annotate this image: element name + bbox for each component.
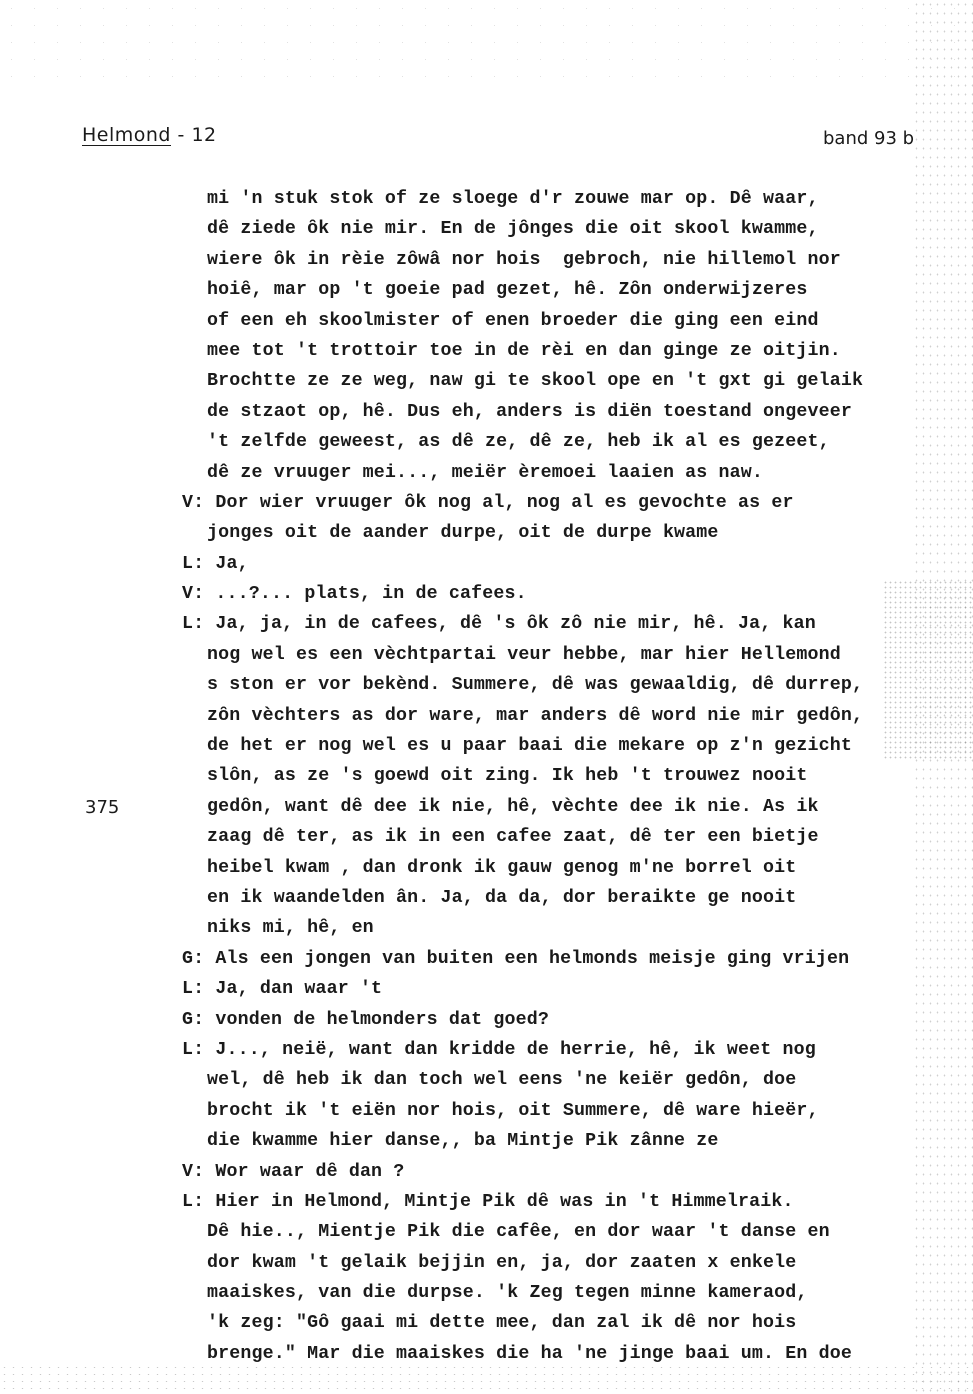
line-text: ...?... plats, in de cafees. [215,584,526,604]
line-text: J..., neië, want dan kridde de herrie, h… [215,1040,816,1060]
speaker-label: V: [182,493,204,513]
line-text: nog wel es een vèchtpartai veur hebbe, m… [207,645,841,665]
line-text: niks mi, hȇ, en [207,918,374,938]
transcript-line: de stzaot op, hȇ. Dus eh, anders is diën… [182,397,942,427]
transcript-line: die kwamme hier danse,, ba Mintje Pik zâ… [182,1126,942,1156]
header-separator: - [171,124,191,146]
speaker-label: L: [182,554,204,574]
speaker-label: L: [182,1040,204,1060]
line-text: 't zelfde geweest, as dȇ ze, dê ze, heb … [207,432,830,452]
line-text: Ja, dan waar 't [215,979,382,999]
line-text: brocht ik 't eiën nor hois, oit Summere,… [207,1101,819,1121]
transcript-line: dor kwam 't gelaik bejjin en, ja, dor za… [182,1248,942,1278]
page-header-left: Helmond - 12 [82,124,217,146]
speaker-turn-line: L: Ja, [182,549,942,579]
transcript-line: s ston er vor bekènd. Summere, dȇ was ge… [182,670,942,700]
transcript-line: brenge." Mar die maaiskes die ha 'ne jin… [182,1339,942,1369]
line-text: of een eh skoolmister of enen broeder di… [207,311,819,331]
line-text: mi 'n stuk stok of ze sloege d'r zouwe m… [207,189,819,209]
line-text: Hier in Helmond, Mintje Pik dȇ was in 't… [215,1192,793,1212]
line-text: 'k zeg: "Gȏ gaai mi dette mee, dan zal i… [207,1313,796,1333]
speaker-label: L: [182,1192,204,1212]
line-text: maaiskes, van die durpse. 'k Zeg tegen m… [207,1283,808,1303]
transcript-line: wiere ȏk in rèie zȏwâ nor hois gebroch, … [182,245,942,275]
transcript-body: mi 'n stuk stok of ze sloege d'r zouwe m… [182,184,942,1369]
speaker-label: V: [182,1162,204,1182]
line-text: brenge." Mar die maaiskes die ha 'ne jin… [207,1344,852,1364]
line-text: s ston er vor bekènd. Summere, dȇ was ge… [207,675,863,695]
line-text: zaag dê ter, as ik in een cafee zaat, dȇ… [207,827,819,847]
line-text: Dȇ hie.., Mientje Pik die cafȇe, en dor … [207,1222,830,1242]
transcript-line: slȏn, as ze 's goewd oit zing. Ik heb 't… [182,761,942,791]
speaker-turn-line: V: Dor wier vruuger ȏk nog al, nog al es… [182,488,942,518]
transcript-line: de het er nog wel es u paar baai die mek… [182,731,942,761]
line-text: die kwamme hier danse,, ba Mintje Pik zâ… [207,1131,719,1151]
transcript-line: dȇ ziede ȏk nie mir. En de jȏnges die oi… [182,214,942,244]
margin-line-counter: 375 [85,797,119,818]
transcript-line: niks mi, hȇ, en [182,913,942,943]
speaker-turn-line: L: Hier in Helmond, Mintje Pik dȇ was in… [182,1187,942,1217]
line-text: Als een jongen van buiten een helmonds m… [215,949,849,969]
transcript-line: en ik waandelden ân. Ja, da da, dor bera… [182,883,942,913]
line-text: de het er nog wel es u paar baai die mek… [207,736,852,756]
line-text: dê ze vruuger mei..., meiër èremoei laai… [207,463,763,483]
line-text: de stzaot op, hȇ. Dus eh, anders is diën… [207,402,852,422]
line-text: heibel kwam , dan dronk ik gauw genog m'… [207,858,796,878]
line-text: Brochtte ze ze weg, naw gi te skool ope … [207,371,863,391]
line-text: wiere ȏk in rèie zȏwâ nor hois gebroch, … [207,250,841,270]
speaker-turn-line: V: ...?... plats, in de cafees. [182,579,942,609]
line-text: Ja, [215,554,248,574]
speaker-label: G: [182,1010,204,1030]
transcript-line: mee tot 't trottoir toe in de rèi en dan… [182,336,942,366]
transcript-line: heibel kwam , dan dronk ik gauw genog m'… [182,853,942,883]
line-text: wel, dȇ heb ik dan toch wel eens 'ne kei… [207,1070,796,1090]
transcript-line: 'k zeg: "Gȏ gaai mi dette mee, dan zal i… [182,1308,942,1338]
transcript-line: Brochtte ze ze weg, naw gi te skool ope … [182,366,942,396]
line-text: vonden de helmonders dat goed? [215,1010,549,1030]
transcript-line: dê ze vruuger mei..., meiër èremoei laai… [182,458,942,488]
speaker-turn-line: L: J..., neië, want dan kridde de herrie… [182,1035,942,1065]
line-text: slȏn, as ze 's goewd oit zing. Ik heb 't… [207,766,808,786]
speaker-label: V: [182,584,204,604]
page-number: 12 [191,124,216,146]
scan-noise-top [0,0,973,90]
transcript-line: jonges oit de aander durpe, oit de durpe… [182,518,942,548]
speaker-turn-line: G: vonden de helmonders dat goed? [182,1005,942,1035]
speaker-label: L: [182,614,204,634]
transcript-line: of een eh skoolmister of enen broeder di… [182,306,942,336]
speaker-turn-line: V: Wor waar dȇ dan ? [182,1157,942,1187]
transcript-line: wel, dȇ heb ik dan toch wel eens 'ne kei… [182,1065,942,1095]
transcript-line: mi 'n stuk stok of ze sloege d'r zouwe m… [182,184,942,214]
speaker-turn-line: L: Ja, dan waar 't [182,974,942,1004]
transcript-line: hoiȇ, mar op 't goeie pad gezet, hê. Zȏn… [182,275,942,305]
tape-label: band 93 b [823,128,914,149]
transcript-line: maaiskes, van die durpse. 'k Zeg tegen m… [182,1278,942,1308]
transcript-line: nog wel es een vèchtpartai veur hebbe, m… [182,640,942,670]
line-text: zȏn vèchters as dor ware, mar anders dȇ … [207,706,863,726]
speaker-label: L: [182,979,204,999]
speaker-turn-line: G: Als een jongen van buiten een helmond… [182,944,942,974]
transcript-line: brocht ik 't eiën nor hois, oit Summere,… [182,1096,942,1126]
line-text: dor kwam 't gelaik bejjin en, ja, dor za… [207,1253,796,1273]
speaker-label: G: [182,949,204,969]
place-name: Helmond [82,124,171,146]
line-text: Dor wier vruuger ȏk nog al, nog al es ge… [215,493,793,513]
line-text: gedȏn, want dȇ dee ik nie, hȇ, vèchte de… [207,797,819,817]
transcript-line: 't zelfde geweest, as dȇ ze, dê ze, heb … [182,427,942,457]
line-text: en ik waandelden ân. Ja, da da, dor bera… [207,888,796,908]
line-text: dȇ ziede ȏk nie mir. En de jȏnges die oi… [207,219,819,239]
transcript-line: gedȏn, want dȇ dee ik nie, hȇ, vèchte de… [182,792,942,822]
line-text: mee tot 't trottoir toe in de rèi en dan… [207,341,841,361]
transcript-line: zȏn vèchters as dor ware, mar anders dȇ … [182,701,942,731]
line-text: jonges oit de aander durpe, oit de durpe… [207,523,719,543]
line-text: Wor waar dȇ dan ? [215,1162,404,1182]
line-text: hoiȇ, mar op 't goeie pad gezet, hê. Zȏn… [207,280,808,300]
speaker-turn-line: L: Ja, ja, in de cafees, dȇ 's ȏk zȏ nie… [182,609,942,639]
line-text: Ja, ja, in de cafees, dȇ 's ȏk zȏ nie mi… [215,614,816,634]
transcript-line: Dȇ hie.., Mientje Pik die cafȇe, en dor … [182,1217,942,1247]
transcript-line: zaag dê ter, as ik in een cafee zaat, dȇ… [182,822,942,852]
